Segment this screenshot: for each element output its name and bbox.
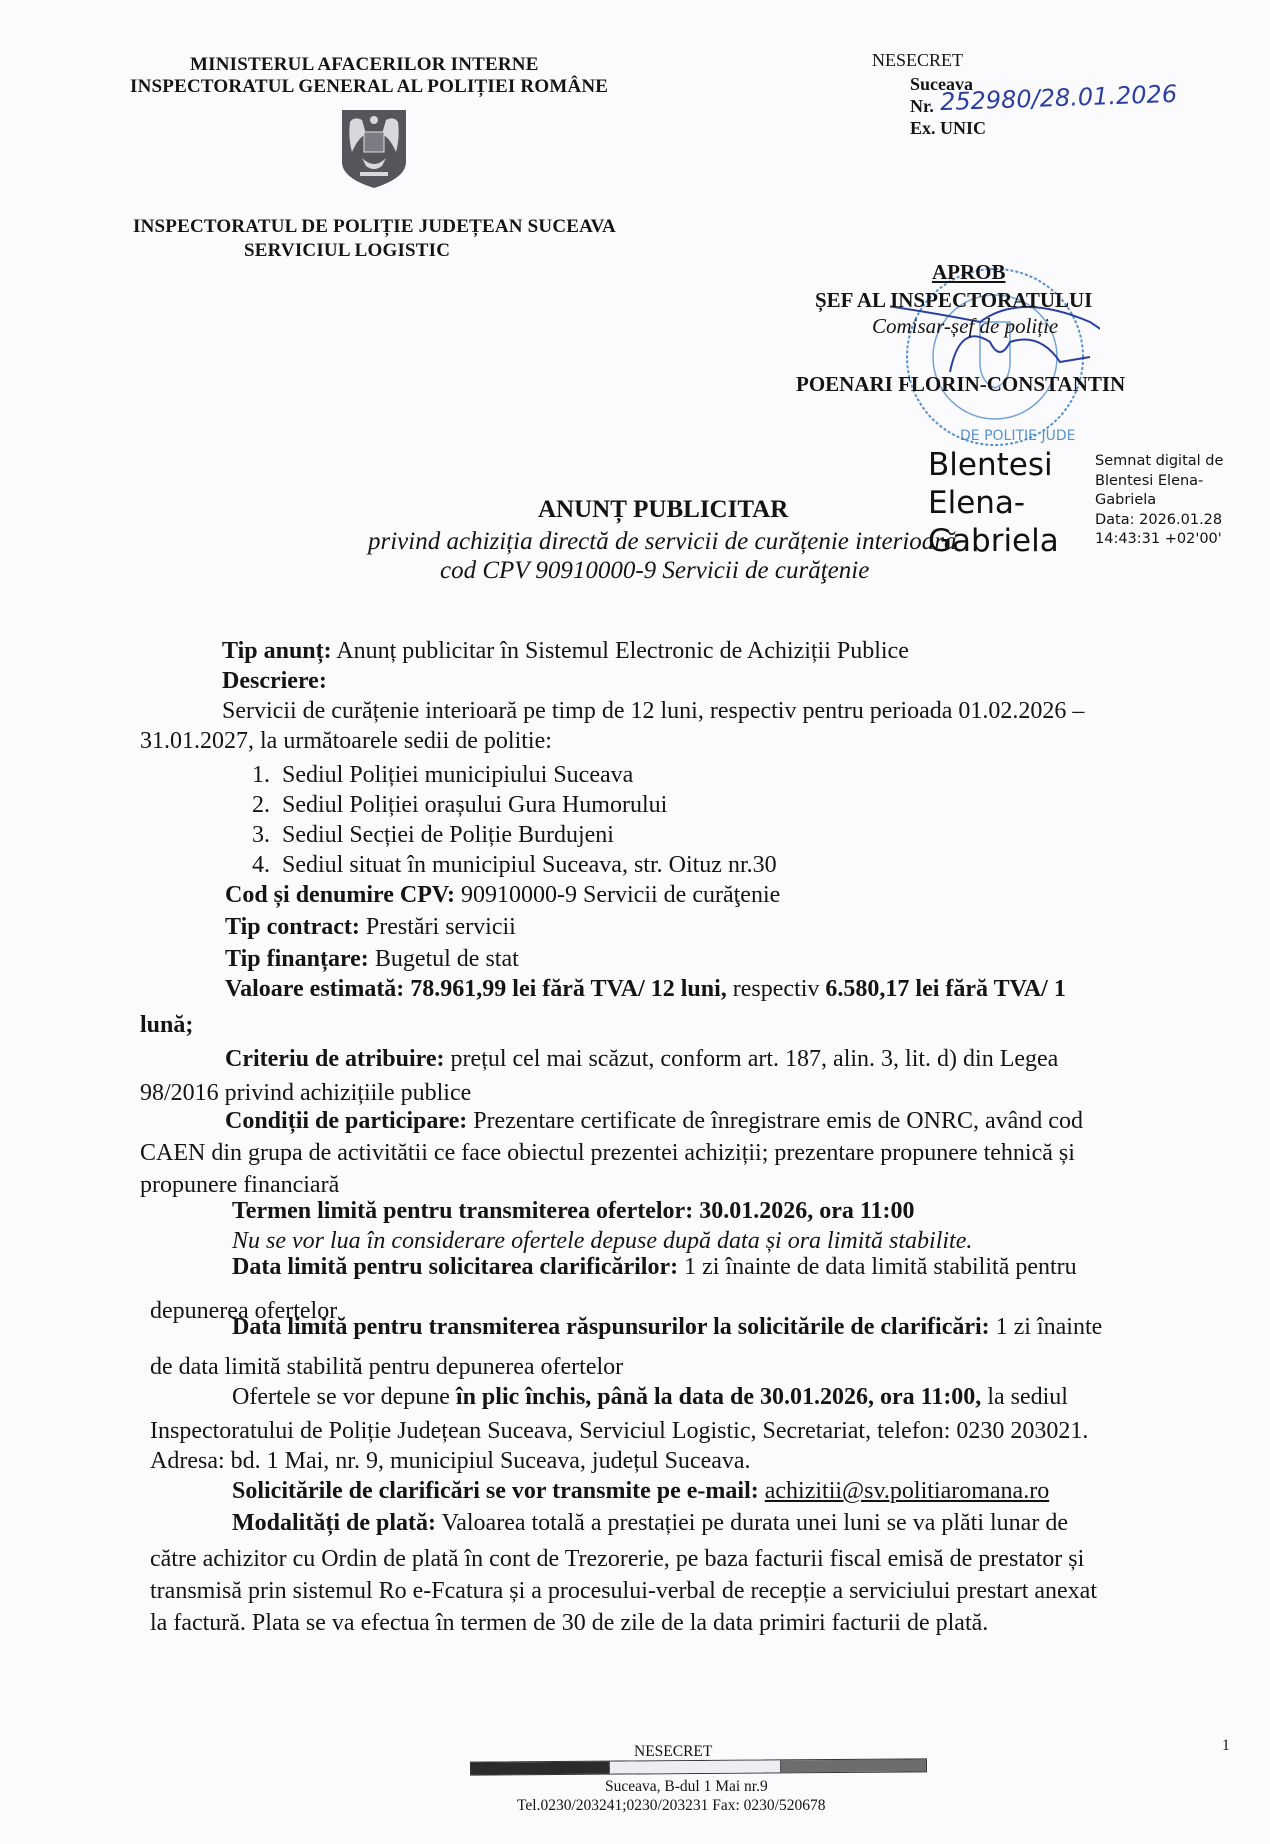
field-label: Tip finanțare: <box>225 946 369 972</box>
field-value: 1 zi înainte <box>990 1314 1103 1340</box>
field-emphasis: în plic închis, până la data de 30.01.20… <box>456 1384 981 1410</box>
approver-name: POENARI FLORIN-CONSTANTIN <box>796 372 1125 397</box>
list-number: 3. <box>252 822 270 848</box>
submission-address: Adresa: bd. 1 Mai, nr. 9, municipiul Suc… <box>150 1448 751 1475</box>
field-value: respectiv <box>727 976 826 1002</box>
list-number: 1. <box>252 762 270 788</box>
footer-divider-bar <box>470 1758 927 1775</box>
county-inspectorate-name: INSPECTORATUL DE POLIȚIE JUDEȚEAN SUCEAV… <box>133 216 616 238</box>
coat-of-arms-icon <box>340 108 408 190</box>
general-inspectorate-name: INSPECTORATUL GENERAL AL POLIȚIEI ROMÂNE <box>130 76 608 98</box>
estimated-value-row: Valoare estimată: 78.961,99 lei fără TVA… <box>225 976 1066 1003</box>
field-value: Valoarea totală a prestației pe durata u… <box>436 1510 1068 1536</box>
field-value: Prezentare certificate de înregistrare e… <box>467 1108 1083 1134</box>
list-number: 2. <box>252 792 270 818</box>
signature-detail-line: Blentesi Elena- <box>1095 472 1223 492</box>
field-text: Ofertele se vor depune <box>232 1384 456 1410</box>
registration-number-label: Nr. <box>910 96 934 117</box>
location-list-item: 4. Sediul situat în municipiul Suceava, … <box>252 852 777 879</box>
footer-classification: NESECRET <box>634 1743 712 1761</box>
list-text: Sediul Secției de Poliție Burdujeni <box>282 822 614 848</box>
field-value: 90910000-9 Servicii de curăţenie <box>455 882 780 908</box>
response-deadline-cont: de data limită stabilită pentru depunere… <box>150 1354 623 1381</box>
email-row: Solicitările de clarificări se vor trans… <box>232 1478 1049 1505</box>
signature-detail-line: 14:43:31 +02'00' <box>1095 530 1223 550</box>
announcement-type-row: Tip anunț: Anunț publicitar în Sistemul … <box>222 638 909 665</box>
list-text: Sediul situat în municipiul Suceava, str… <box>282 852 777 878</box>
offer-deadline-row: Termen limită pentru transmiterea oferte… <box>232 1198 915 1225</box>
field-label: Tip contract: <box>225 914 360 940</box>
signature-name-line: Elena- <box>928 484 1059 522</box>
approver-rank: Comisar-șef de poliție <box>872 314 1058 339</box>
field-label: Tip anunț: <box>222 638 332 664</box>
payment-terms-cont: la factură. Plata se va efectua în terme… <box>150 1610 988 1637</box>
approval-label: APROB <box>932 260 1006 285</box>
submission-cont: Inspectoratului de Poliție Județean Suce… <box>150 1418 1088 1445</box>
field-value: 1 zi înainte de data limită stabilită pe… <box>678 1254 1077 1280</box>
signature-detail-line: Data: 2026.01.28 <box>1095 511 1223 531</box>
field-value: Prestări servicii <box>360 914 516 940</box>
field-label: Solicitările de clarificări se vor trans… <box>232 1478 759 1504</box>
response-deadline-row: Data limită pentru transmiterea răspunsu… <box>232 1314 1102 1341</box>
payment-terms-row: Modalități de plată: Valoarea totală a p… <box>232 1510 1068 1537</box>
field-value: Bugetul de stat <box>369 946 519 972</box>
footer-address: Suceava, B-dul 1 Mai nr.9 <box>605 1778 768 1796</box>
document-title: ANUNȚ PUBLICITAR <box>538 496 788 524</box>
clarification-deadline-row: Data limită pentru solicitarea clarifică… <box>232 1254 1077 1281</box>
page-number: 1 <box>1222 1737 1230 1755</box>
registration-number-handwritten: 252980/28.01.2026 <box>940 80 1178 116</box>
contract-type-row: Tip contract: Prestări servicii <box>225 914 516 941</box>
field-value: prețul cel mai scăzut, conform art. 187,… <box>445 1046 1059 1072</box>
field-value: Anunț publicitar în Sistemul Electronic … <box>332 638 909 664</box>
email-link[interactable]: achizitii@sv.politiaromana.ro <box>765 1478 1049 1504</box>
monthly-value: 6.580,17 lei fără TVA/ 1 <box>825 976 1065 1002</box>
participation-conditions-cont: propunere financiară <box>140 1172 339 1199</box>
list-text: Sediul Poliției orașului Gura Humorului <box>282 792 667 818</box>
signature-detail-line: Semnat digital de <box>1095 452 1223 472</box>
signature-detail-line: Gabriela <box>1095 491 1223 511</box>
estimated-value-cont: lună; <box>140 1012 193 1039</box>
financing-type-row: Tip finanțare: Bugetul de stat <box>225 946 519 973</box>
digital-signature-details: Semnat digital de Blentesi Elena- Gabrie… <box>1095 452 1223 550</box>
description-text-cont: 31.01.2027, la următoarele sedii de poli… <box>140 728 552 755</box>
description-text: Servicii de curățenie interioară pe timp… <box>222 698 1084 725</box>
submission-row: Ofertele se vor depune în plic închis, p… <box>232 1384 1068 1411</box>
classification-label: NESECRET <box>872 50 963 71</box>
field-label: Cod și denumire CPV: <box>225 882 455 908</box>
field-label: Criteriu de atribuire: <box>225 1046 445 1072</box>
payment-terms-cont: transmisă prin sistemul Ro e-Fcatura și … <box>150 1578 1097 1605</box>
field-label: Data limită pentru transmiterea răspunsu… <box>232 1314 990 1340</box>
field-label: Modalități de plată: <box>232 1510 436 1536</box>
cpv-row: Cod și denumire CPV: 90910000-9 Servicii… <box>225 882 780 909</box>
payment-terms-cont: către achizitor cu Ordin de plată în con… <box>150 1546 1084 1573</box>
document-subtitle: privind achiziția directă de servicii de… <box>368 528 957 556</box>
svg-text:DE POLITIE JUDE: DE POLITIE JUDE <box>960 428 1075 444</box>
field-label: Data limită pentru solicitarea clarifică… <box>232 1254 678 1280</box>
field-label: Condiții de participare: <box>225 1108 467 1134</box>
offer-deadline-note: Nu se vor lua în considerare ofertele de… <box>232 1228 972 1255</box>
location-list-item: 3. Sediul Secției de Poliție Burdujeni <box>252 822 614 849</box>
list-text: Sediul Poliției municipiului Suceava <box>282 762 633 788</box>
copy-label: Ex. UNIC <box>910 118 986 139</box>
field-text: la sediul <box>981 1384 1068 1410</box>
description-label: Descriere: <box>222 668 327 695</box>
approver-title: ȘEF AL INSPECTORATULUI <box>815 288 1092 313</box>
footer-contact: Tel.0230/203241;0230/203231 Fax: 0230/52… <box>517 1797 825 1815</box>
participation-conditions-cont: CAEN din grupa de activitătii ce face ob… <box>140 1140 1075 1167</box>
participation-conditions-row: Condiții de participare: Prezentare cert… <box>225 1108 1083 1135</box>
award-criterion-cont: 98/2016 privind achizițiile publice <box>140 1080 471 1107</box>
cpv-subtitle: cod CPV 90910000-9 Servicii de curăţenie <box>440 557 869 585</box>
list-number: 4. <box>252 852 270 878</box>
location-list-item: 2. Sediul Poliției orașului Gura Humorul… <box>252 792 667 819</box>
location-list-item: 1. Sediul Poliției municipiului Suceava <box>252 762 633 789</box>
signature-name-line: Blentesi <box>928 446 1059 484</box>
ministry-name: MINISTERUL AFACERILOR INTERNE <box>190 54 539 76</box>
award-criterion-row: Criteriu de atribuire: prețul cel mai sc… <box>225 1046 1058 1073</box>
service-name: SERVICIUL LOGISTIC <box>244 240 450 262</box>
field-label: Valoare estimată: 78.961,99 lei fără TVA… <box>225 976 727 1002</box>
